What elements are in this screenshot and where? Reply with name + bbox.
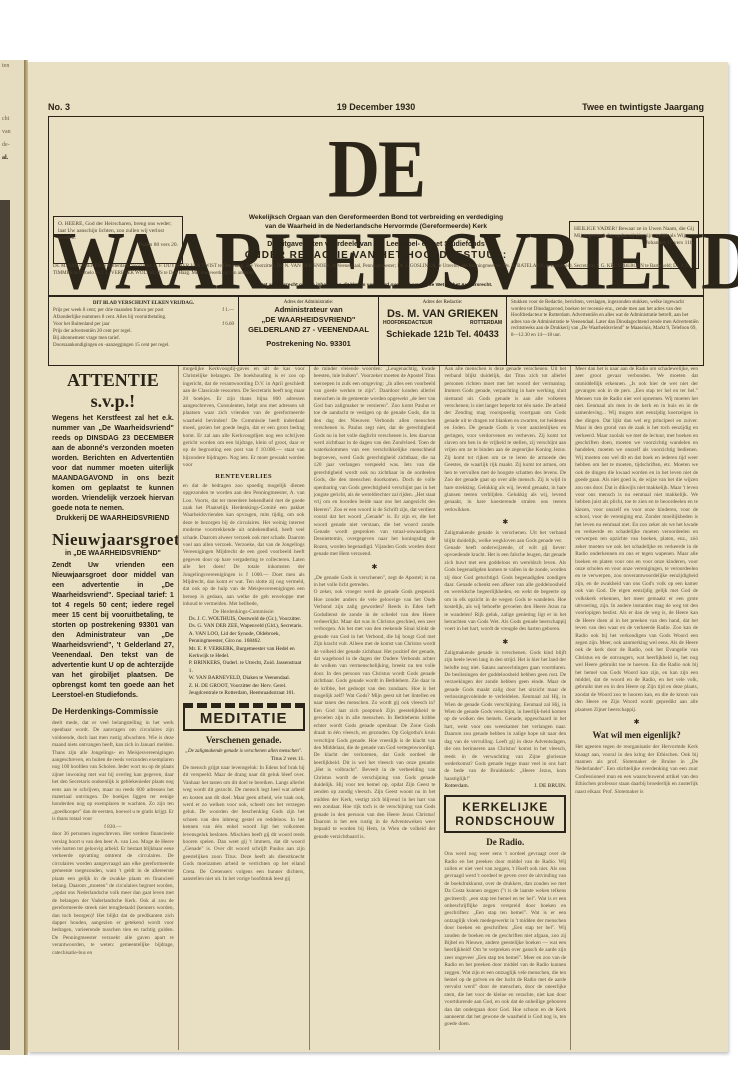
section-separator-icon: ✱ xyxy=(444,638,566,646)
newspaper-page: No. 3 19 December 1930 Twee en twintigst… xyxy=(28,62,728,1052)
pricing-line: Voor het Buitenland per jaar xyxy=(53,321,110,328)
column-5: Meer dan het is naar aan de Radio om sch… xyxy=(571,366,702,1050)
administration-box: Adres der Administratie: Administrateur … xyxy=(239,297,379,365)
nieuwjaar-body: Zendt Uw vrienden een Nieuwjaarsgroet do… xyxy=(52,561,174,701)
commissie-amount: f 830.— xyxy=(52,824,174,831)
previous-page-fragment: ten xyxy=(0,60,26,73)
previous-page-dark-column xyxy=(0,200,10,1050)
editor-address: Schiekade 121b Tel. 40433 xyxy=(383,329,502,339)
previous-page-fragment: al. xyxy=(0,152,26,165)
signature-author: J. DE BRUIN. xyxy=(534,783,566,789)
kerkelijke-rondschouw-banner: KERKELIJKE RONDSCHOUW xyxy=(444,795,566,833)
radio-title: De Radio. xyxy=(444,837,566,847)
masthead-subtitle: Wekelijksch Orgaan van den Gereformeerde… xyxy=(189,213,563,231)
column-3-text: de minder vleiende woorden: „Leugenachti… xyxy=(314,366,436,559)
nieuwjaar-heading: Nieuwjaarsgroeten xyxy=(52,530,174,550)
pricing-value: f 1.— xyxy=(222,307,234,314)
renteverlies-heading: RENTEVERLIES xyxy=(183,473,305,480)
quote-text: HEILIGE VADER! Bewaar ze in Uwen Naam, d… xyxy=(574,226,694,240)
banner-line: RONDSCHOUW xyxy=(446,814,564,828)
section-separator-icon: ✱ xyxy=(314,563,436,571)
fund-line: De uitgave is ten voordeele van het Leer… xyxy=(189,241,563,248)
banner-line: KERKELIJKE xyxy=(446,800,564,814)
meditatie-title: Verschenen genade. xyxy=(183,735,305,745)
quote-box-right: HEILIGE VADER! Bewaar ze in Uwen Naam, d… xyxy=(569,221,699,269)
meditatie-verse: „De zaligmakende genade is verschenen al… xyxy=(183,749,305,756)
editor-box: Adres der Redactie: Ds. M. VAN GRIEKEN H… xyxy=(379,297,507,365)
meditatie-banner: MEDITATIE xyxy=(183,703,305,731)
issue-header-line: No. 3 19 December 1930 Twee en twintigst… xyxy=(48,102,704,112)
committee-heading: De Herdenkings-Commissie: xyxy=(183,609,305,616)
previous-page-fragment: van xyxy=(0,126,26,139)
previous-page-fragment: cht xyxy=(0,113,26,126)
editor-name: Ds. M. VAN GRIEKEN xyxy=(383,308,502,320)
column-3: de minder vleiende woorden: „Leugenachti… xyxy=(310,366,441,1050)
quote-text: O. HEERE, God der Heirscharen, breng ons… xyxy=(58,221,178,242)
administration-address: GELDERLAND 27 - VEENENDAAL xyxy=(243,325,374,335)
column-4-text-continued: Genade heeft onderwijzende, of wilt gij … xyxy=(444,545,566,634)
column-4-text-final: Zaligmakende genade is verschenen. Gods … xyxy=(444,650,566,783)
masthead: DE WAARHEIDSVRIEND O. HEERE, God der Hei… xyxy=(48,116,704,296)
meditatie-verse-ref: Titus 2 vers 11. xyxy=(183,756,305,762)
quote-box-left: O. HEERE, God der Heirscharen, breng ons… xyxy=(53,216,183,264)
committee-member: A. VAN LOO, Lid der Synode, Oldebroek, P… xyxy=(189,631,305,646)
pricing-value: f 6.60 xyxy=(222,321,234,328)
attentie-signature: Drukkerij DE WAARHEIDSVRIEND xyxy=(52,514,174,524)
pricing-heading: DIT BLAD VERSCHIJNT ELKEN VRIJDAG. xyxy=(53,300,234,307)
column-2: mogelijke Kerkvoogdij-gaves en uit de ka… xyxy=(179,366,310,1050)
committee-member: Z. H. DE GROOT, Voorzitter der Herv. Ger… xyxy=(189,683,305,698)
issue-date: 19 December 1930 xyxy=(48,102,704,112)
copyright-notice: Het auteursrecht op den inhoud van dit b… xyxy=(53,283,699,288)
renteverlies-body: en dat de bedragen zoo spoedig mogelijk … xyxy=(183,483,305,609)
radio-body-continued: Meer dan het is naar aan de Radio om sch… xyxy=(575,366,698,714)
committee-member: Ds. G. VAN DER ZEE, Wapenveld (Gld.), Se… xyxy=(189,623,305,630)
column-1: ATTENTIE s.v.p.! Wegens het Kerstfeest z… xyxy=(48,366,179,1050)
column-2-text: mogelijke Kerkvoogdij-gaves en uit de ka… xyxy=(183,366,305,470)
column-4: Aan alle menschen is deze genade versche… xyxy=(440,366,571,1050)
wat-wil-title: Wat wil men eigenlijk? xyxy=(575,730,698,740)
postal-account: Postrekening No. 93301 xyxy=(243,339,374,349)
committee-member: P. BRINKERS, Ouderl. te Utrecht, Zuid. J… xyxy=(189,660,305,675)
info-bar: DIT BLAD VERSCHIJNT ELKEN VRIJDAG. Prijs… xyxy=(48,296,704,366)
subtitle-line: van de Waarheid in de Nederlandsche Herv… xyxy=(189,222,563,231)
wat-wil-body: Het ageeren tegen de reorganisatie der H… xyxy=(575,744,698,796)
quote-reference: Psalm 80 vers 20. xyxy=(58,242,178,249)
administration-line: Administrateur van xyxy=(243,305,374,315)
attentie-heading: ATTENTIE s.v.p.! xyxy=(52,370,174,412)
attentie-body: Wegens het Kerstfeest zal het e.k. numme… xyxy=(52,414,174,514)
committee-member: W. VAN BARNEVELD, Diaken te Veenendaal. xyxy=(189,675,305,682)
column-3-lead: „De genade Gods is verschenen", zegt de … xyxy=(314,575,436,590)
previous-page-edge: ten cht van de- al. xyxy=(0,60,27,1055)
signature-place: Rotterdam. xyxy=(444,783,469,789)
administration-line: „DE WAARHEIDSVRIEND" xyxy=(243,315,374,325)
subtitle-line: Wekelijksch Orgaan van den Gereformeerde… xyxy=(189,213,563,222)
previous-page-fragment: de- xyxy=(0,139,26,152)
commissie-body-continued: door 36 personen ingeschreven. Het verde… xyxy=(52,831,174,957)
pricing-line: Prijs der advertentiën 20 cent per regel… xyxy=(53,328,132,335)
editorial-heading: ONDER REDACTIE VAN HET HOOFDBESTUUR: xyxy=(189,250,563,261)
committee-member: Mr. E. P. VERKERK, Burgemeester van Hede… xyxy=(189,646,305,661)
nieuwjaar-subheading: in „DE WAARHEIDSVRIEND" xyxy=(52,550,174,557)
radio-body: Ons werd nog weer eens 't oordeel gevraa… xyxy=(444,851,566,1029)
pricing-line: Afzonderlijke nummers 8 cent. Alles bij … xyxy=(53,314,166,321)
pricing-line: Bij abonnement vrage men tarief. xyxy=(53,335,120,342)
editor-label: Adres der Redactie: xyxy=(383,300,502,305)
submission-notice: Stukken voor de Redactie, berichten, ver… xyxy=(507,297,703,365)
commissie-heading: De Herdenkings-Commissie xyxy=(52,707,174,716)
section-separator-icon: ✱ xyxy=(444,518,566,526)
section-separator-icon: ✱ xyxy=(575,718,698,726)
pricing-box: DIT BLAD VERSCHIJNT ELKEN VRIJDAG. Prijs… xyxy=(49,297,239,365)
article-columns: ATTENTIE s.v.p.! Wegens het Kerstfeest z… xyxy=(48,366,702,1050)
column-3-text-continued: O zeker, ook vroeger werd de genade Gods… xyxy=(314,589,436,841)
column-4-text: Aan alle menschen is deze genade versche… xyxy=(444,366,566,514)
article-signature: Rotterdam. J. DE BRUIN. xyxy=(444,783,566,789)
editor-city: ROTTERDAM xyxy=(470,320,502,326)
quote-reference: Johannes 17 vers 11b. xyxy=(574,240,694,247)
pricing-line: Doorsaankondigingen en -aanzeggingen 15 … xyxy=(53,342,169,349)
pricing-line: Prijs per week 8 cent; per drie maanden … xyxy=(53,307,164,314)
meditatie-body: De mensch grijpt naar levensgeluk: In Ed… xyxy=(183,765,305,884)
board-members: Ds. M. VAN GRIEKEN te Rotterdam, Voorzit… xyxy=(53,264,699,277)
editor-role: HOOFDREDACTEUR xyxy=(383,320,432,326)
commissie-body: deelt mede, dat er veel belangstelling i… xyxy=(52,720,174,824)
column-4-lead: Zaligmakende genade is verschenen. Uit h… xyxy=(444,530,566,545)
committee-list: Ds. J. C. WOLTHUIS, Oostwold de (Gr.), V… xyxy=(183,616,305,697)
